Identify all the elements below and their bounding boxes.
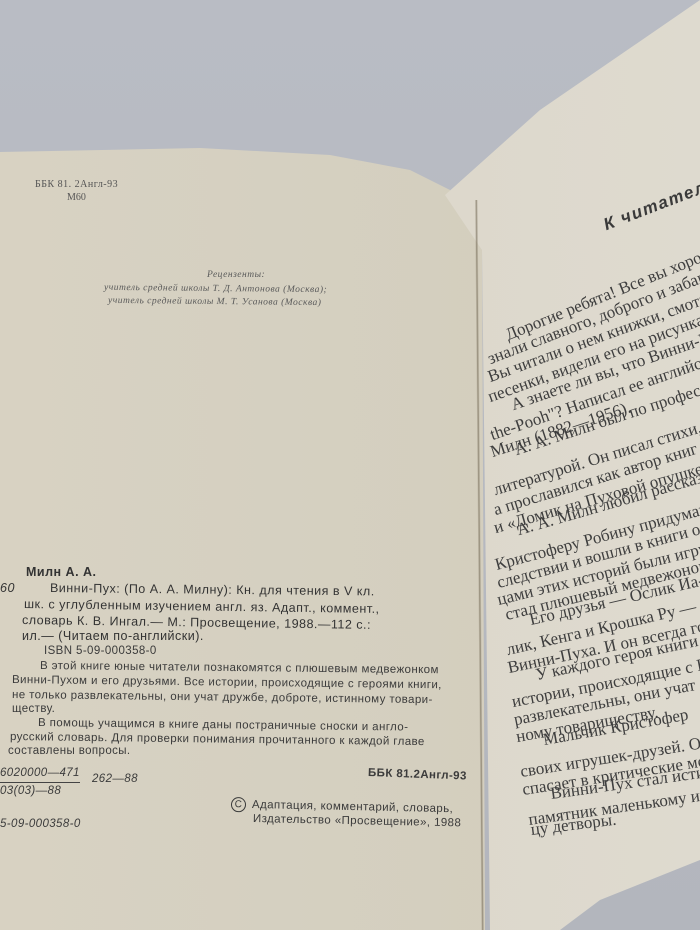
catalog-author-mark: 60 <box>0 581 15 595</box>
imprint-isbn: 5-09-000358-0 <box>0 818 81 830</box>
copyright-icon: C <box>231 797 246 812</box>
annotation-p1-line-4: ществу. <box>12 703 55 715</box>
catalog-line-4: ил.— (Читаем по-английски). <box>22 629 204 643</box>
annotation-p2-line-3: составлены вопросы. <box>8 745 131 757</box>
imprint-number: 262—88 <box>92 773 138 785</box>
bbk-code-top: ББК 81. 2Англ-93 <box>35 179 118 190</box>
catalog-isbn: ISBN 5-09-000358-0 <box>44 645 157 657</box>
imprint-fraction-bottom: 03(03)—88 <box>0 785 61 797</box>
author-mark-top: М60 <box>67 192 86 203</box>
reviewers-title: Рецензенты: <box>207 270 265 280</box>
imprint-fraction-line <box>0 782 80 783</box>
catalog-author: Милн А. А. <box>26 565 97 579</box>
imprint-fraction-top: 6020000—471 <box>0 767 80 779</box>
